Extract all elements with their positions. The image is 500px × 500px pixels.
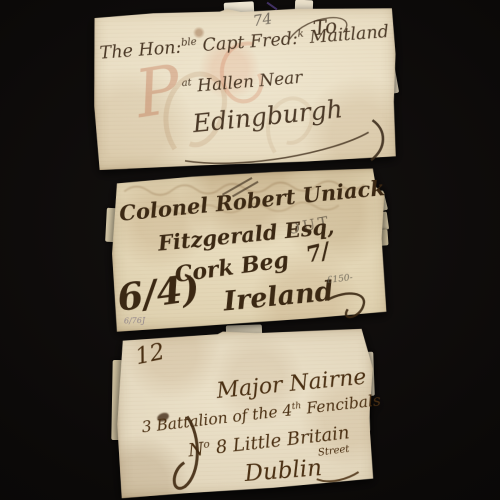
address-line-4: Dublin (244, 457, 323, 486)
manuscript-rate-7: 7/ (304, 240, 332, 267)
auction-lot-photo: 74 To The Hon:ble Capt Fred:k Maitland P… (0, 0, 500, 500)
pencil-rate-number: 74 (252, 11, 273, 29)
pen-tail-flourish (323, 280, 384, 326)
entire-letter-maitland: 74 To The Hon:ble Capt Fred:k Maitland P… (93, 6, 397, 170)
manuscript-rate-12: 12 (133, 341, 166, 369)
underline-tail (314, 466, 365, 487)
entire-letter-fitzgerald: Colonel Robert Uniack OUT Fitzgerald Esq… (110, 168, 388, 332)
addressee-sup: ble (181, 37, 197, 49)
pencil-catalogue-note: 6/76J (124, 317, 145, 326)
manuscript-rate-64: 6/4) (115, 269, 202, 317)
pen-descender-flourish (157, 412, 219, 500)
entire-letter-nairne: 12 Major Nairne 3 Battalion of the 4th F… (115, 328, 376, 499)
underline-flourish (172, 118, 403, 171)
